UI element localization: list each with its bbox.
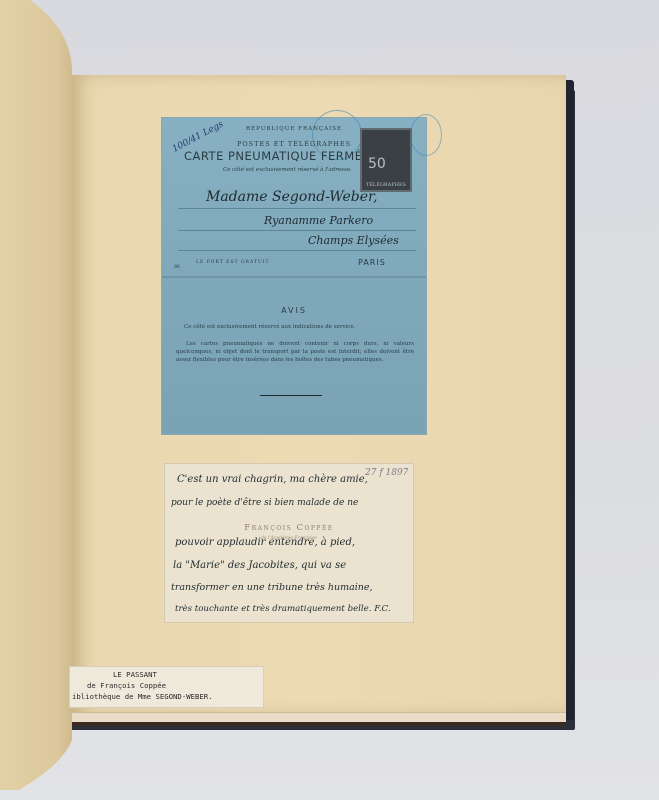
city-label: PARIS [358, 258, 386, 267]
label-provenance: ibliothèque de Mme SEGOND-WEBER. [72, 691, 213, 702]
address-rule [178, 230, 416, 231]
handwriting-line: pour le poète d'être si bien malade de n… [171, 498, 358, 508]
card-fold [162, 276, 426, 278]
address-line-2: Ryanamme Parkero [264, 214, 373, 227]
handwriting-line: C'est un vrai chagrin, ma chère amie, [177, 474, 368, 485]
postmark-icon [410, 114, 442, 156]
pneumatic-card: RÉPUBLIQUE FRANÇAISE POSTES ET TÉLÉGRAPH… [162, 118, 426, 434]
avis-paragraph: Les cartes pneumatiques ne doivent conte… [176, 340, 414, 364]
stamp-value: 50 [368, 156, 386, 172]
page-stack-shadow [72, 722, 566, 726]
stamp-label: TÉLÉGRAPHES [362, 182, 410, 188]
handwriting-line: transformer en une tribune très humaine, [171, 582, 373, 593]
album-cover-edge [566, 80, 574, 720]
handwritten-date: 27 f 1897 [365, 468, 408, 478]
avis-line-1: Ce côté est exclusivement réservé aux in… [184, 324, 414, 330]
postage-stamp: 50 TÉLÉGRAPHES [360, 128, 412, 192]
address-rule [178, 250, 416, 251]
address-line-1: Madame Segond-Weber, [206, 189, 378, 205]
address-rule [178, 208, 416, 209]
card-number: 86 [174, 265, 180, 270]
label-author: de François Coppée [87, 680, 166, 691]
handwriting-line: pouvoir applaudir entendre, à pied, [175, 537, 355, 548]
port-text: LE PORT EST GRATUIT [196, 260, 270, 265]
label-title: LE PASSANT [113, 669, 157, 680]
avis-title: AVIS [162, 306, 426, 315]
visiting-card: 27 f 1897 C'est un vrai chagrin, ma chèr… [165, 464, 413, 622]
card-title: CARTE PNEUMATIQUE FERMÉE [184, 149, 370, 163]
avis-rule [260, 395, 322, 396]
handwriting-line: la "Marie" des Jacobites, qui va se [173, 560, 346, 571]
turned-flyleaf [0, 0, 72, 790]
handwriting-line: très touchante et très dramatiquement be… [175, 604, 391, 614]
address-line-3: Champs Elysées [308, 234, 399, 247]
typed-label: LE PASSANT de François Coppée ibliothèqu… [70, 667, 263, 707]
printed-name: François Coppée [165, 523, 413, 533]
